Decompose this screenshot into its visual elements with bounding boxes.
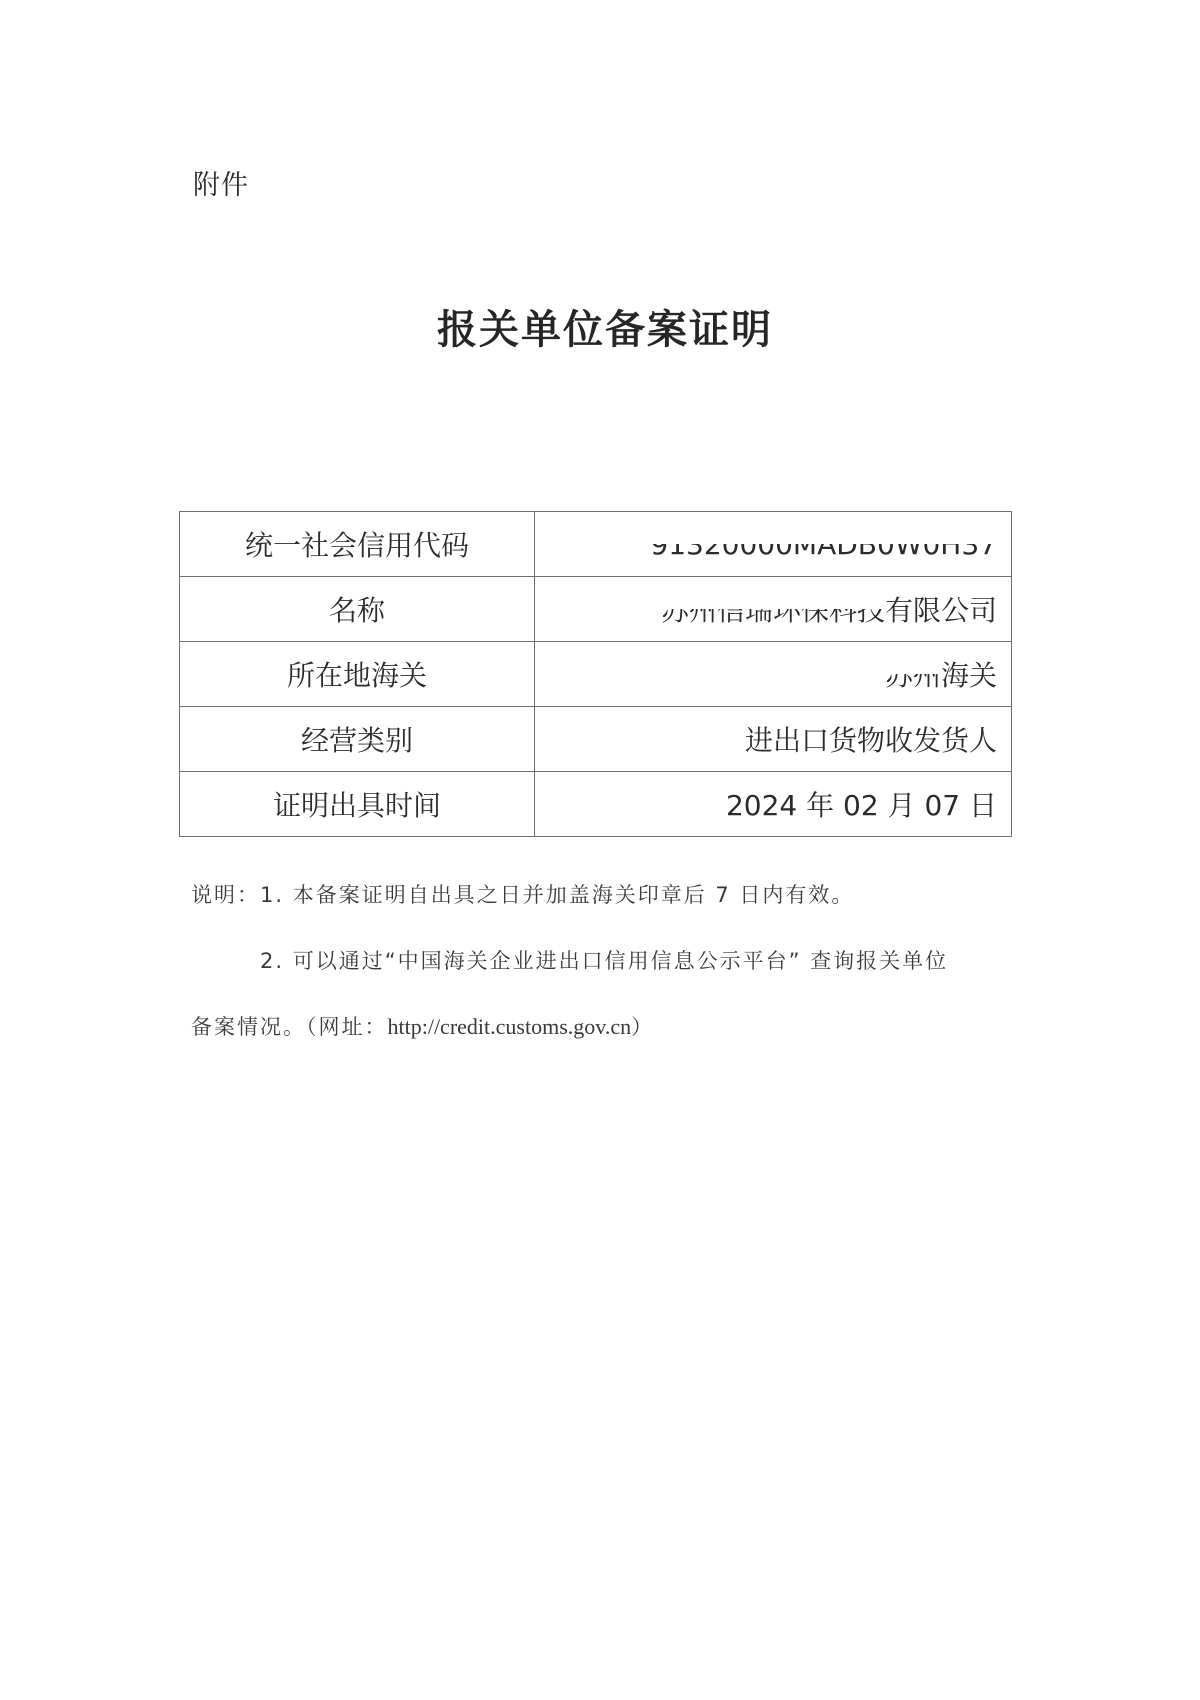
table-row: 名称 苏州信瑞环保科技有限公司 [180,577,1012,642]
document-title: 报关单位备案证明 [0,298,1200,355]
table-row: 证明出具时间 2024 年 02 月 07 日 [180,772,1012,837]
note-2: 2. 可以通过“中国海关企业进出口信用信息公示平台” 查询报关单位 [191,928,1021,994]
field-label: 所在地海关 [180,642,535,707]
field-label: 统一社会信用代码 [180,512,535,577]
notes-section: 说明：1. 本备案证明自出具之日并加盖海关印章后 7 日内有效。 2. 可以通过… [191,862,1021,1060]
table-row: 统一社会信用代码 91320000MADB0W0H37 [180,512,1012,577]
credit-url-link[interactable]: http://credit.customs.gov.cn [388,1014,632,1039]
field-value-customs: 苏州海关 [535,642,1012,707]
registration-table: 统一社会信用代码 91320000MADB0W0H37 名称 苏州信瑞环保科技有… [179,511,1012,837]
field-value-category: 进出口货物收发货人 [535,707,1012,772]
field-label: 经营类别 [180,707,535,772]
redacted-text: 苏州 [885,654,941,694]
field-value-credit-code: 91320000MADB0W0H37 [535,512,1012,577]
redacted-text: 苏州信瑞环保科技 [661,589,885,629]
field-label: 名称 [180,577,535,642]
note-2-continued: 备案情况。（网址：http://credit.customs.gov.cn） [191,994,1021,1060]
visible-text: 有限公司 [885,594,997,627]
note-text: 备案情况。（网址： [191,1015,388,1039]
field-label: 证明出具时间 [180,772,535,837]
table-row: 经营类别 进出口货物收发货人 [180,707,1012,772]
attachment-label: 附件 [193,163,249,202]
redacted-text: 91320000MADB0W0H37 [650,528,997,561]
field-value-name: 苏州信瑞环保科技有限公司 [535,577,1012,642]
note-text: ） [631,1015,654,1039]
field-value-issue-date: 2024 年 02 月 07 日 [535,772,1012,837]
table-row: 所在地海关 苏州海关 [180,642,1012,707]
note-1: 说明：1. 本备案证明自出具之日并加盖海关印章后 7 日内有效。 [191,862,1021,928]
visible-text: 海关 [941,659,997,692]
